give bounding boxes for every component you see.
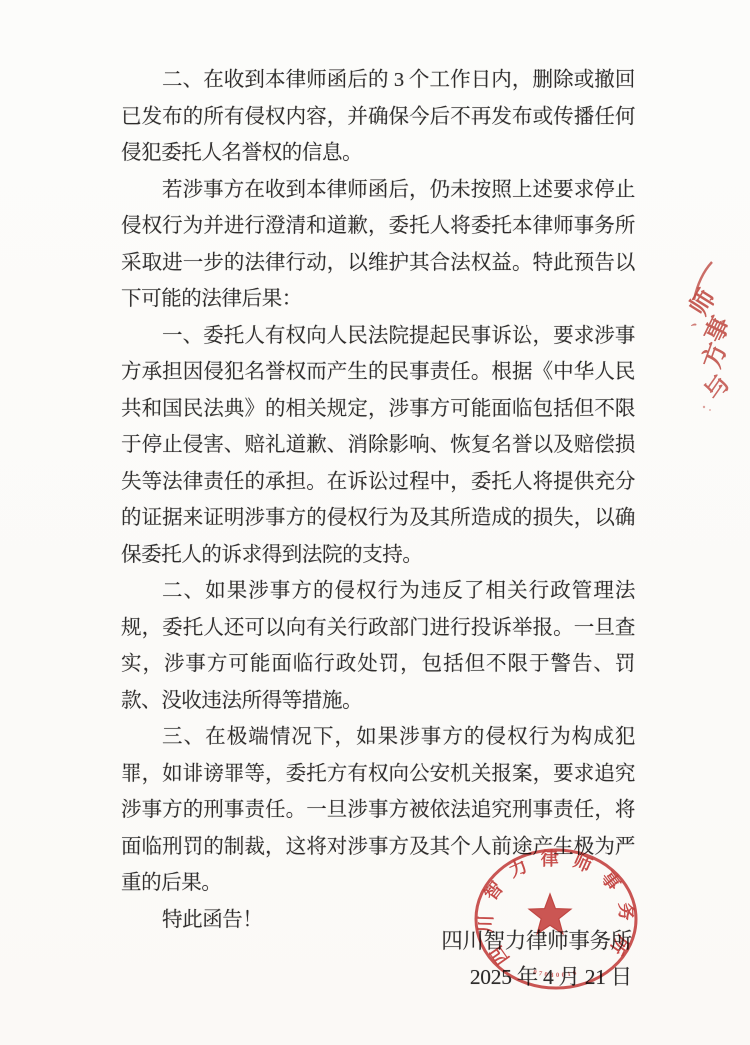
letter-body: 二、在收到本律师函后的 3 个工作日内，删除或撤回已发布的所有侵权内容，并确保今… <box>121 62 635 938</box>
seal-code: 07080016 <box>532 969 579 979</box>
law-firm-seal: 四川智力律师事务所 07080016 <box>466 840 651 1000</box>
edge-stamp-char: 方 <box>697 339 733 372</box>
paragraph-warning: 若涉事方在收到本律师函后，仍未按照上述要求停止侵权行为并进行澄清和道歉，委托人将… <box>121 172 635 318</box>
edge-stamp-speck <box>703 406 705 408</box>
edge-stamp-speck <box>709 409 711 411</box>
edge-stamp: 师 、 事 方 与 <box>660 246 750 456</box>
paragraph-demand-2: 二、在收到本律师函后的 3 个工作日内，删除或撤回已发布的所有侵权内容，并确保今… <box>121 62 635 172</box>
paragraph-consequence-2: 二、如果涉事方的侵权行为违反了相关行政管理法规，委托人还可以向有关行政部门进行投… <box>121 573 635 719</box>
edge-stamp-char: 与 <box>699 370 736 406</box>
scanned-letter-page: 二、在收到本律师函后的 3 个工作日内，删除或撤回已发布的所有侵权内容，并确保今… <box>0 0 750 1045</box>
paragraph-consequence-1: 一、委托人有权向人民法院提起民事诉讼，要求涉事方承担因侵犯名誉权而产生的民事责任… <box>121 318 635 574</box>
seal-star-icon <box>529 894 571 934</box>
